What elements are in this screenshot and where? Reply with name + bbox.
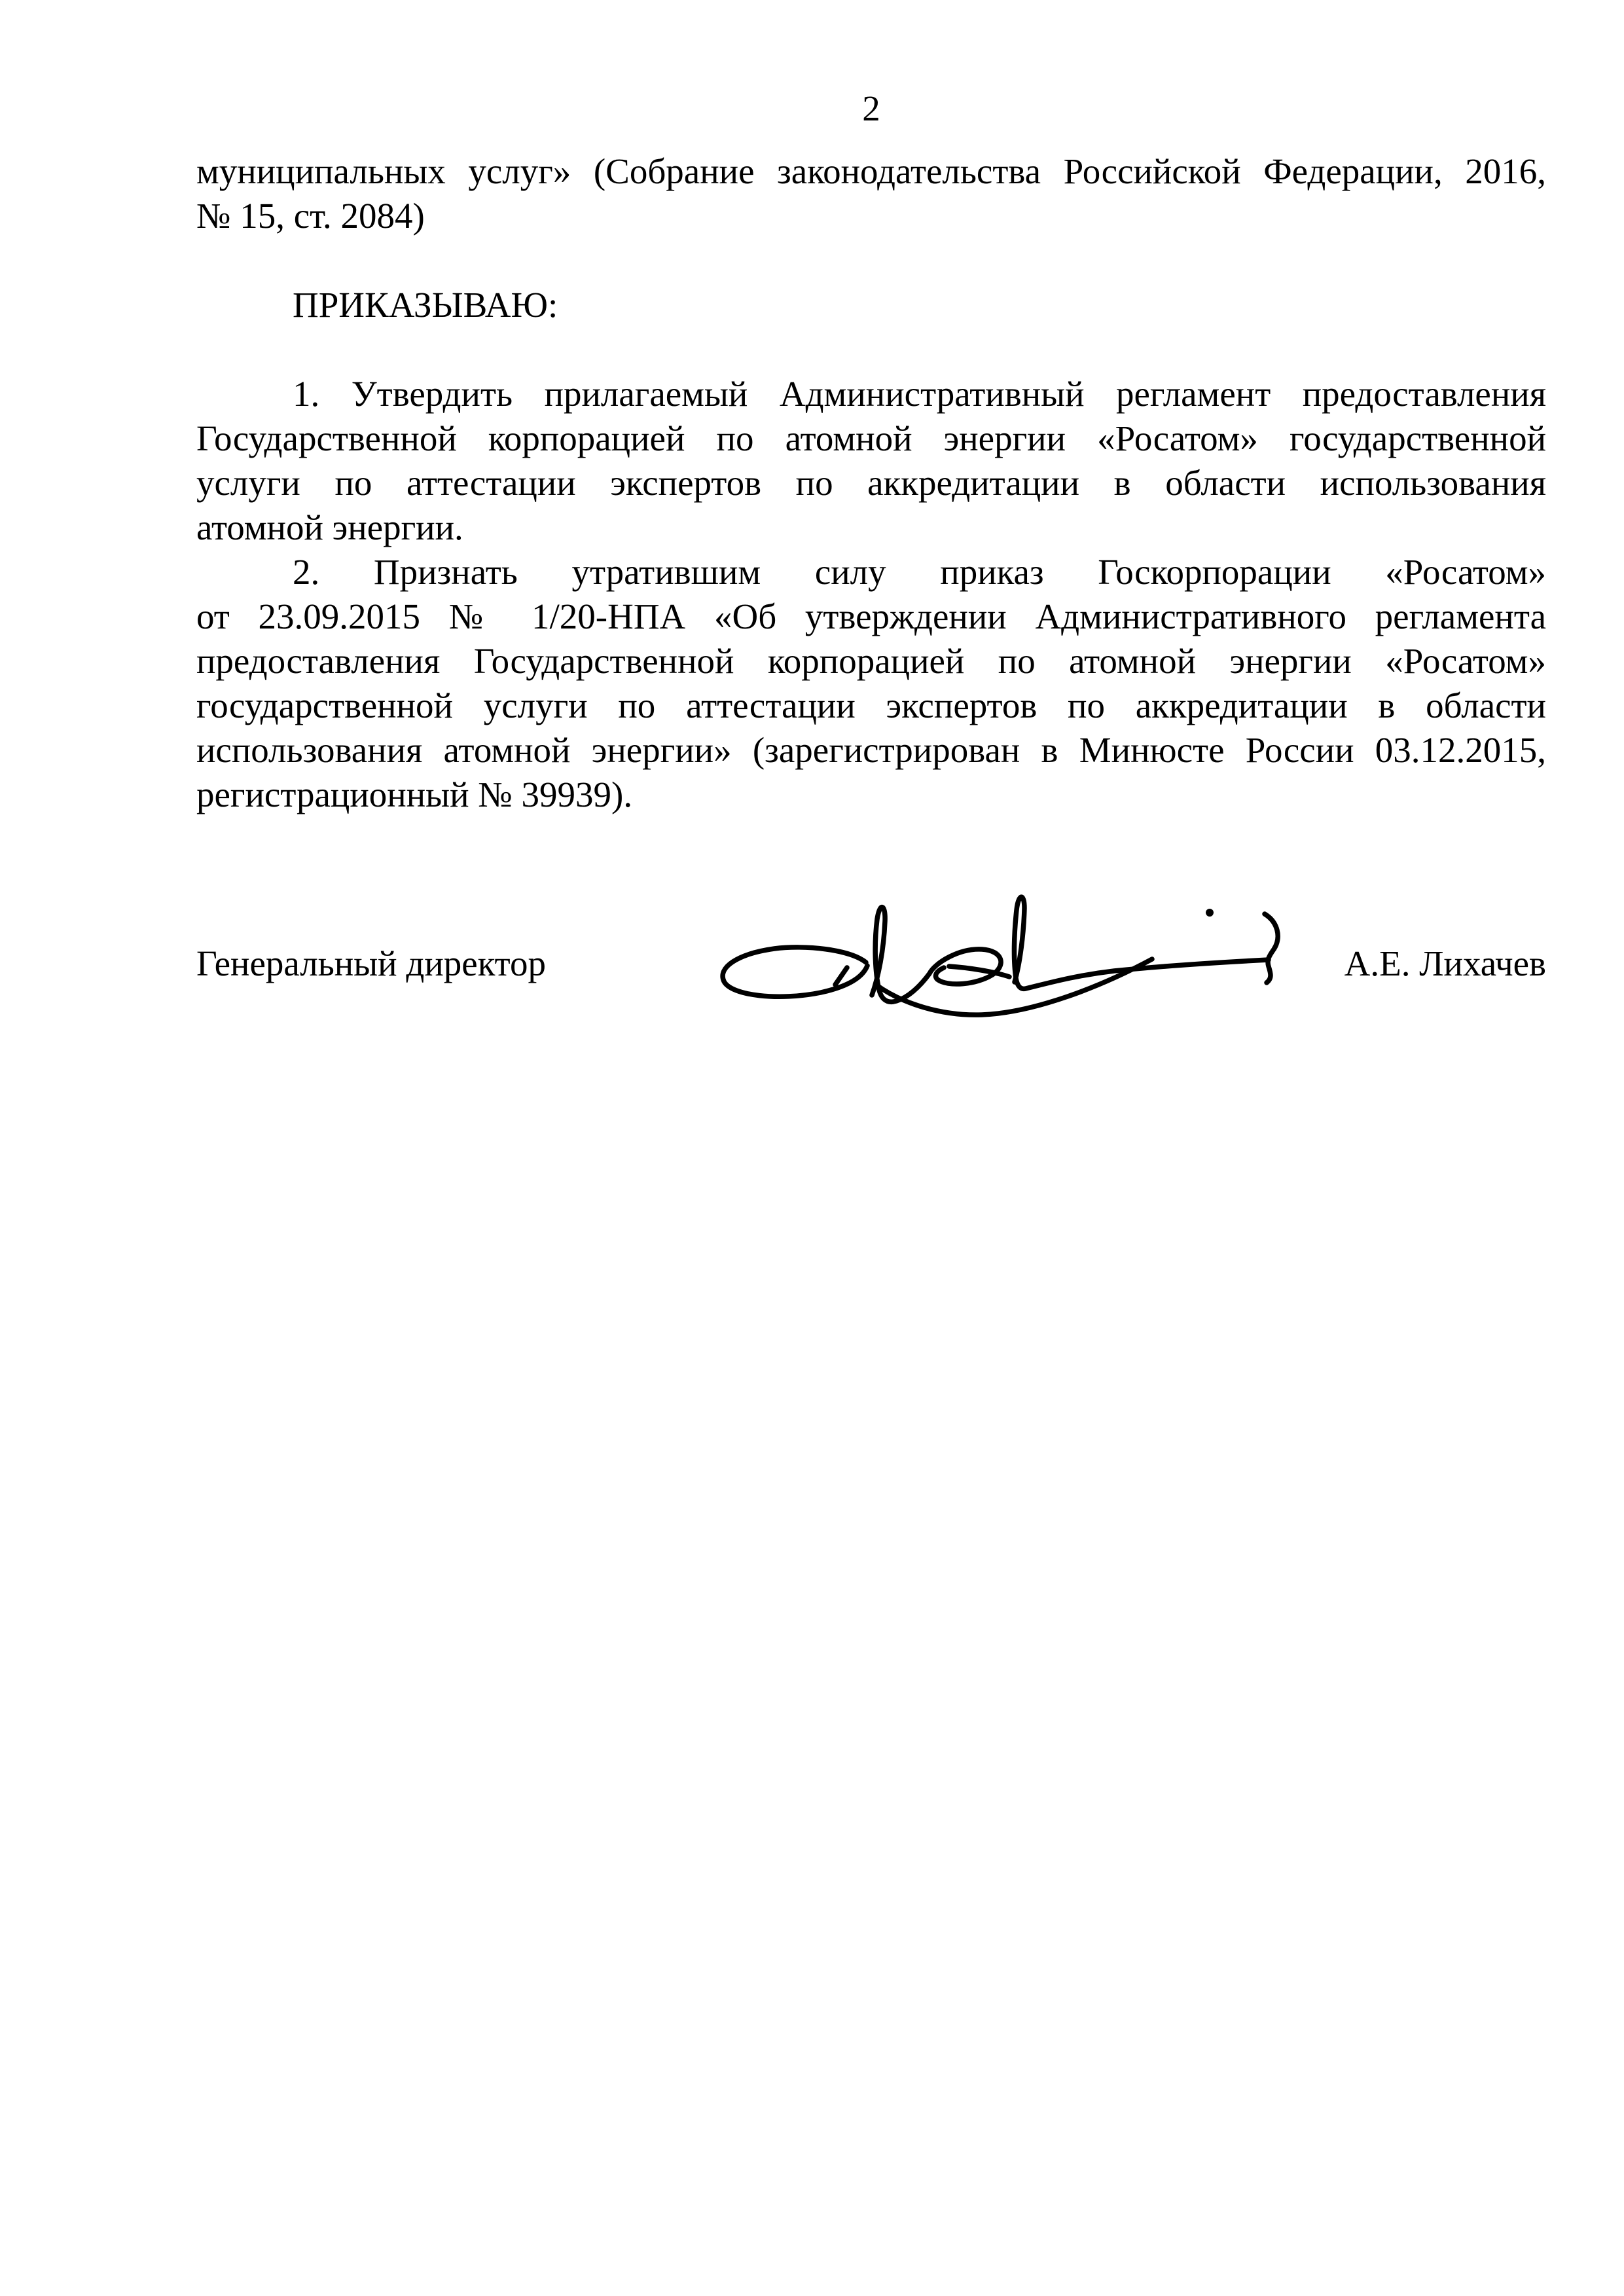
text-line: услуги по аттестации экспертов по аккред… — [196, 461, 1546, 505]
text-line: атомной энергии. — [196, 505, 1546, 550]
signature-stroke — [835, 968, 847, 985]
text-line: 2. Признать утратившим силу приказ Госко… — [196, 550, 1546, 594]
text-line: № 15, ст. 2084) — [196, 194, 1546, 238]
document-page: 2 муниципальных услуг» (Собрание законод… — [0, 0, 1624, 2296]
text-line: регистрационный № 39939). — [196, 773, 1546, 817]
document-body: муниципальных услуг» (Собрание законодат… — [196, 149, 1546, 817]
text-line: предоставления Государственной корпораци… — [196, 639, 1546, 683]
text-line: от 23.09.2015 № 1/20-НПА «Об утверждении… — [196, 594, 1546, 639]
text-line: использования атомной энергии» (зарегист… — [196, 728, 1546, 773]
text-line: 1. Утвердить прилагаемый Административны… — [196, 372, 1546, 416]
order-heading: ПРИКАЗЫВАЮ: — [196, 283, 1546, 327]
handwritten-signature — [707, 885, 1296, 1029]
signer-name: А.Е. Лихачев — [1344, 941, 1546, 986]
text-line: государственной услуги по аттестации экс… — [196, 683, 1546, 728]
page-number: 2 — [196, 86, 1546, 131]
signature-stroke — [872, 907, 1001, 1002]
signature-stroke — [1265, 914, 1278, 983]
signature-stroke — [1014, 897, 1269, 989]
text-line: муниципальных услуг» (Собрание законодат… — [196, 149, 1546, 194]
text-line: Государственной корпорацией по атомной э… — [196, 416, 1546, 461]
signature-dot — [1206, 909, 1214, 917]
signer-position-title: Генеральный директор — [196, 941, 546, 986]
